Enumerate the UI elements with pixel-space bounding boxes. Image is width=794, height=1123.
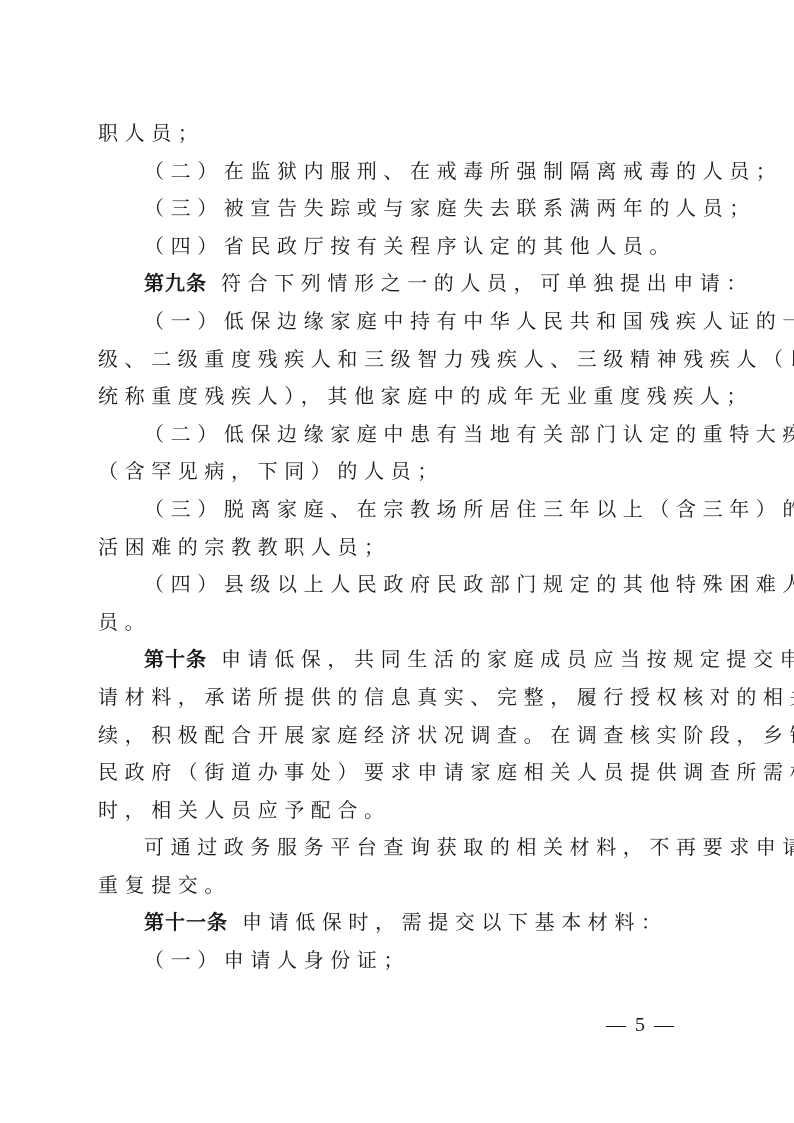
- text-line: 时，相关人员应予配合。: [98, 792, 698, 830]
- line-text: （四）省民政厅按有关程序认定的其他人员。: [144, 234, 676, 258]
- article-heading-line: 第十条申请低保，共同生活的家庭成员应当按规定提交申: [98, 641, 698, 679]
- text-line: 统称重度残疾人），其他家庭中的成年无业重度残疾人；: [98, 378, 698, 416]
- line-text: （三）被宣告失踪或与家庭失去联系满两年的人员；: [144, 196, 756, 220]
- text-line: 员。: [98, 604, 698, 642]
- line-text: 申请低保，共同生活的家庭成员应当按规定提交申: [221, 647, 794, 671]
- text-line: （含罕见病，下同）的人员；: [98, 453, 698, 491]
- line-text: 请材料，承诺所提供的信息真实、完整，履行授权核对的相关手: [98, 685, 794, 709]
- text-line: （四）县级以上人民政府民政部门规定的其他特殊困难人: [98, 566, 698, 604]
- line-text: 时，相关人员应予配合。: [98, 798, 391, 822]
- line-text: 民政府（街道办事处）要求申请家庭相关人员提供调查所需材料: [98, 760, 794, 784]
- line-text: （二）低保边缘家庭中患有当地有关部门认定的重特大疾病: [144, 422, 794, 446]
- line-text: 职人员；: [98, 121, 204, 145]
- text-line: （二）在监狱内服刑、在戒毒所强制隔离戒毒的人员；: [98, 153, 698, 191]
- text-line: （四）省民政厅按有关程序认定的其他人员。: [98, 228, 698, 266]
- text-line: （一）申请人身份证；: [98, 942, 698, 980]
- text-line: 民政府（街道办事处）要求申请家庭相关人员提供调查所需材料: [98, 754, 698, 792]
- text-line: 请材料，承诺所提供的信息真实、完整，履行授权核对的相关手: [98, 679, 698, 717]
- line-text: （四）县级以上人民政府民政部门规定的其他特殊困难人: [144, 572, 794, 596]
- text-line: 职人员；: [98, 115, 698, 153]
- text-line: （一）低保边缘家庭中持有中华人民共和国残疾人证的一: [98, 303, 698, 341]
- line-text: 员。: [98, 610, 151, 634]
- line-text: （三）脱离家庭、在宗教场所居住三年以上（含三年）的生: [144, 497, 794, 521]
- article-heading-line: 第九条符合下列情形之一的人员，可单独提出申请：: [98, 265, 698, 303]
- line-text: 续，积极配合开展家庭经济状况调查。在调查核实阶段，乡镇人: [98, 723, 794, 747]
- line-text: 可通过政务服务平台查询获取的相关材料，不再要求申请人: [144, 835, 794, 859]
- text-line: 活困难的宗教教职人员；: [98, 529, 698, 567]
- text-line: 级、二级重度残疾人和三级智力残疾人、三级精神残疾人（以下: [98, 341, 698, 379]
- line-text: 统称重度残疾人），其他家庭中的成年无业重度残疾人；: [98, 384, 753, 408]
- line-text: 符合下列情形之一的人员，可单独提出申请：: [221, 271, 753, 295]
- text-line: 可通过政务服务平台查询获取的相关材料，不再要求申请人: [98, 829, 698, 867]
- text-line: （三）脱离家庭、在宗教场所居住三年以上（含三年）的生: [98, 491, 698, 529]
- line-text: 申请低保时，需提交以下基本材料：: [242, 910, 668, 934]
- text-line: 续，积极配合开展家庭经济状况调查。在调查核实阶段，乡镇人: [98, 717, 698, 755]
- line-text: （一）低保边缘家庭中持有中华人民共和国残疾人证的一: [144, 309, 794, 333]
- article-number: 第十条: [144, 647, 207, 671]
- line-text: 活困难的宗教教职人员；: [98, 535, 391, 559]
- document-body: 职人员；（二）在监狱内服刑、在戒毒所强制隔离戒毒的人员；（三）被宣告失踪或与家庭…: [98, 115, 698, 980]
- text-line: （二）低保边缘家庭中患有当地有关部门认定的重特大疾病: [98, 416, 698, 454]
- line-text: 重复提交。: [98, 873, 231, 897]
- line-text: （含罕见病，下同）的人员；: [98, 459, 444, 483]
- line-text: （一）申请人身份证；: [144, 948, 410, 972]
- line-text: （二）在监狱内服刑、在戒毒所强制隔离戒毒的人员；: [144, 159, 782, 183]
- text-line: （三）被宣告失踪或与家庭失去联系满两年的人员；: [98, 190, 698, 228]
- article-heading-line: 第十一条申请低保时，需提交以下基本材料：: [98, 904, 698, 942]
- line-text: 级、二级重度残疾人和三级智力残疾人、三级精神残疾人（以下: [98, 347, 794, 371]
- text-line: 重复提交。: [98, 867, 698, 905]
- page-number: — 5 —: [606, 1014, 676, 1037]
- article-number: 第九条: [144, 271, 207, 295]
- article-number: 第十一条: [144, 910, 228, 934]
